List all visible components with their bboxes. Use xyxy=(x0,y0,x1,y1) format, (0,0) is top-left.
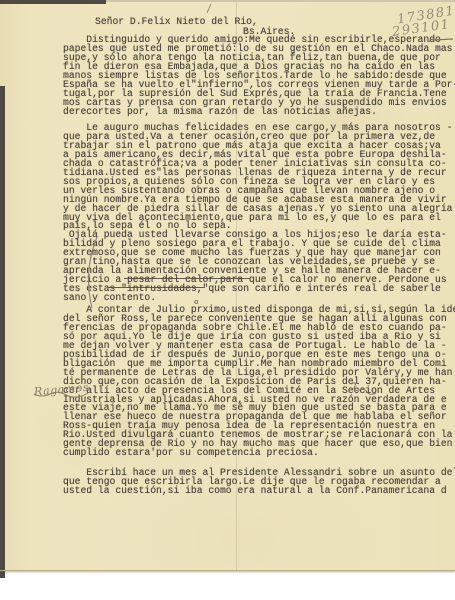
letter-paragraph-1: Distinguido y querido amigo:Me quedé sin… xyxy=(63,36,455,117)
typed-superscript-correction: o xyxy=(194,299,199,307)
scan-edge-top-light xyxy=(106,0,455,2)
letter-paragraph-4: Escribí hace un mes al Presidente Alessa… xyxy=(63,469,455,496)
scan-edge-top xyxy=(0,0,106,4)
scan-edge-left xyxy=(0,86,5,578)
underline-mark-calor xyxy=(108,287,205,288)
paper-bottom-edge xyxy=(0,570,455,571)
underline-mark-alimentacion xyxy=(124,278,250,279)
letter-paragraph-3: A contar de Julio prximo,usted disponga … xyxy=(63,306,455,458)
letter-paragraph-2: Le auguro muchas felicidades en ese carg… xyxy=(63,124,453,303)
recipient-line: Señor D.Felix Nieto del Rio, xyxy=(95,18,258,27)
